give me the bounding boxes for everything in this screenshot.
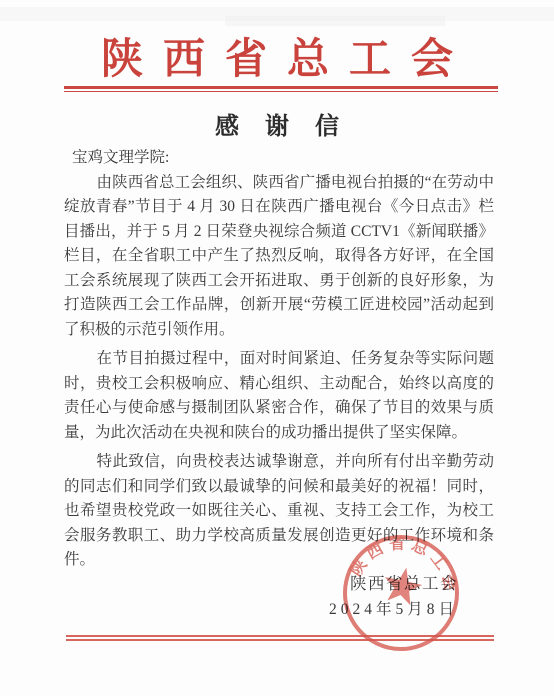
document-title: 感谢信	[0, 106, 554, 141]
letter-body: 宝鸡文理学院: 由陕西省总工会组织、陕西省广播电视台拍摄的“在劳动中绽放青春”节…	[64, 146, 494, 573]
paragraph-1: 由陕西省总工会组织、陕西省广播电视台拍摄的“在劳动中绽放青春”节目于 4 月 3…	[64, 171, 494, 343]
seal-star-icon	[380, 564, 425, 607]
letterhead-divider	[64, 86, 498, 92]
salutation: 宝鸡文理学院:	[64, 146, 494, 171]
letter-page: 陕西省总工会 感谢信 宝鸡文理学院: 由陕西省总工会组织、陕西省广播电视台拍摄的…	[0, 0, 554, 696]
divider-thin-line	[64, 91, 498, 92]
letterhead-title: 陕西省总工会	[0, 26, 554, 86]
official-seal: 陕西省总工会	[327, 519, 474, 666]
paragraph-2: 在节目拍摄过程中，面对时间紧迫、任务复杂等实际问题时，贵校工会积极响应、精心组织…	[64, 347, 494, 445]
footer-divider	[66, 635, 494, 641]
scan-artifact	[225, 16, 445, 26]
